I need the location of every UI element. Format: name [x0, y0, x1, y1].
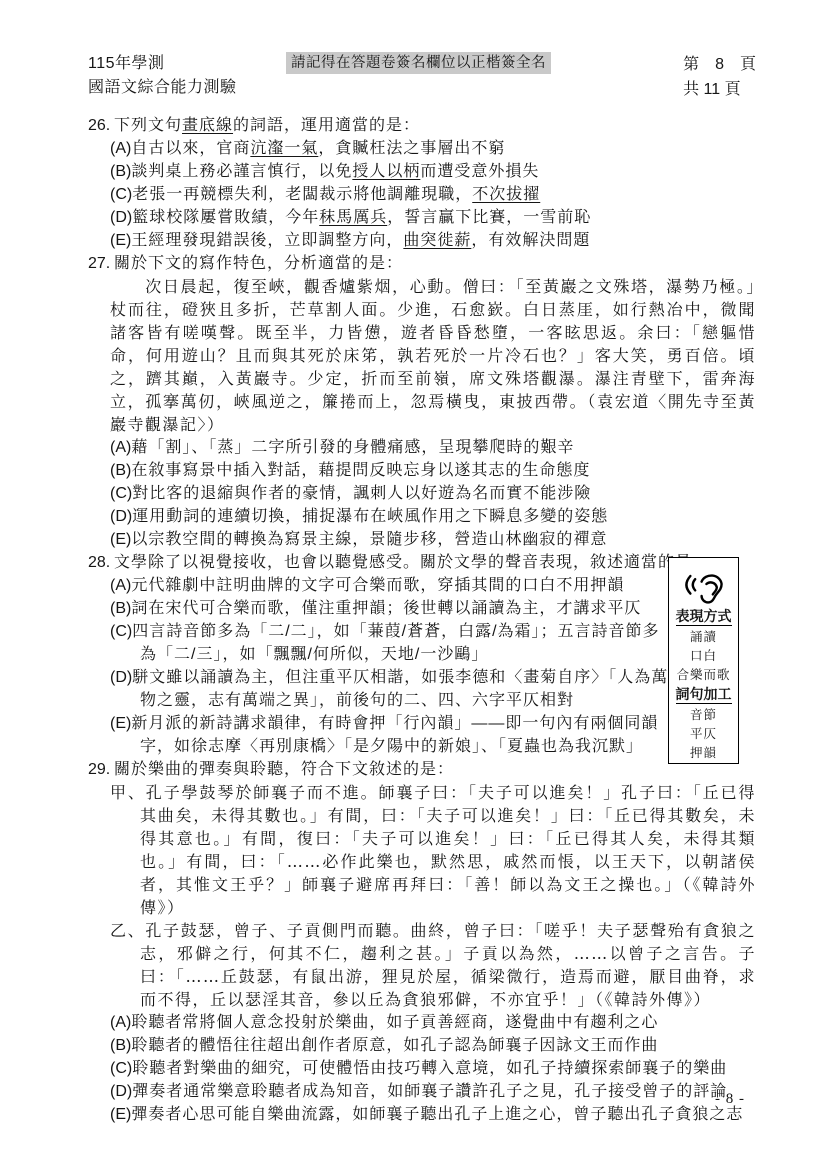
text-segment: 關於樂曲的彈奏與聆聽，符合下文敘述的是：: [114, 761, 454, 778]
option-28D: (D)駢文雖以誦讀為主，但注重平仄相諧，如張李德和〈畫菊自序〉「人為萬物之靈，志…: [110, 666, 672, 712]
option-label: (D): [110, 508, 132, 525]
question-title-29: 29.關於樂曲的彈奏與聆聽，符合下文敘述的是：: [88, 758, 756, 781]
option-label: (D): [110, 209, 132, 226]
option-29C: (C)聆聽者對樂曲的細究，可使體悟由技巧轉入意境，如孔子持續探索師襄子的樂曲: [110, 1057, 756, 1080]
box-item: 平仄: [669, 724, 738, 743]
option-29B: (B)聆聽者的體悟往往超出創作者原意，如孔子認為師襄子因詠文王而作曲: [110, 1034, 756, 1057]
question-title-text: 關於樂曲的彈奏與聆聽，符合下文敘述的是：: [114, 761, 454, 778]
question-title-text: 下列文句畫底線的詞語，運用適當的是：: [114, 117, 420, 134]
sound-expression-box: 表現方式誦讀口白合樂而歌詞句加工音節平仄押韻: [668, 557, 739, 764]
option-label: (C): [110, 186, 132, 203]
text-segment: 籃球校隊屢嘗敗績，今年: [132, 209, 319, 226]
page-number-footer: - 8 -: [690, 1091, 770, 1108]
question-title-28: 28.文學除了以視覺接收，也會以聽覺感受。關於文學的聲音表現，敘述適當的是：: [88, 551, 756, 574]
question-28: 28.文學除了以視覺接收，也會以聽覺感受。關於文學的聲音表現，敘述適當的是：(A…: [88, 551, 756, 758]
box-heading-text: 詞句加工: [676, 686, 732, 704]
option-28B: (B)詞在宋代可合樂而歌，僅注重押韻；後世轉以誦讀為主，才講求平仄: [110, 597, 672, 620]
question-29: 29.關於樂曲的彈奏與聆聽，符合下文敘述的是：甲、孔子學鼓琴於師襄子而不進。師襄…: [88, 758, 756, 1126]
box-heading-1: 表現方式: [669, 606, 738, 627]
total-pages: 共 11 頁: [683, 77, 756, 102]
text-segment: 藉「割」、「蒸」二字所引發的身體痛感，呈現攀爬時的艱辛: [131, 439, 574, 456]
option-29E: (E)彈奏者心思可能自樂曲流露，如師襄子聽出孔子上進之心，曾子聽出孔子貪狼之志: [110, 1103, 756, 1126]
option-27E: (E)以宗教空間的轉換為寫景主線，景隨步移，營造山林幽寂的禪意: [110, 528, 756, 551]
questions-area: 26.下列文句畫底線的詞語，運用適當的是：(A)自古以來，官商沆瀣一氣，貪贓枉法…: [88, 114, 756, 1126]
box-item: 音節: [669, 705, 738, 724]
text-segment: 聆聽者對樂曲的細究，可使體悟由技巧轉入意境，如孔子持續探索師襄子的樂曲: [132, 1060, 727, 1077]
exam-page: 115年學測 國語文綜合能力測驗 請記得在答題卷簽名欄位以正楷簽全名 第 8 頁…: [0, 0, 827, 1170]
exam-year: 115年學測: [88, 52, 237, 76]
question-title-26: 26.下列文句畫底線的詞語，運用適當的是：: [88, 114, 756, 137]
option-label: (E): [110, 715, 131, 732]
option-label: (A): [110, 1014, 131, 1031]
signature-notice: 請記得在答題卷簽名欄位以正楷簽全名: [286, 52, 551, 74]
option-27A: (A)藉「割」、「蒸」二字所引發的身體痛感，呈現攀爬時的艱辛: [110, 436, 756, 459]
option-label: (C): [110, 485, 132, 502]
option-label: (D): [110, 1083, 132, 1100]
option-26E: (E)王經理發現錯誤後，立即調整方向，曲突徙薪，有效解決問題: [110, 229, 756, 252]
text-segment: 詞在宋代可合樂而歌，僅注重押韻；後世轉以誦讀為主，才講求平仄: [131, 600, 641, 617]
text-segment: ，貪贓枉法之事層出不窮: [318, 140, 505, 157]
box-heading-text: 表現方式: [676, 608, 732, 626]
ear-icon: [680, 563, 728, 605]
text-segment: 自古以來，官商: [131, 140, 250, 157]
text-segment: 老張一再競標失利，老闆裁示將他調離現職，: [132, 186, 472, 203]
page-counter: 第 8 頁 共 11 頁: [683, 52, 756, 102]
options-28: (A)元代雜劇中註明曲牌的文字可合樂而歌，穿插其間的口白不用押韻(B)詞在宋代可…: [110, 574, 672, 758]
box-heading-2: 詞句加工: [669, 684, 738, 705]
box-item: 誦讀: [669, 627, 738, 646]
text-segment: 在敘事寫景中插入對話，藉提問反映忘身以遂其志的生命態度: [131, 462, 590, 479]
text-segment: 文學除了以視覺接收，也會以聽覺感受。關於文學的聲音表現，敘述適當的是：: [114, 554, 709, 571]
exam-subject: 國語文綜合能力測驗: [88, 76, 237, 100]
question-title-27: 27.關於下文的寫作特色，分析適當的是：: [88, 252, 756, 275]
underlined-term: 授人以柄: [352, 163, 420, 180]
question-title-text: 文學除了以視覺接收，也會以聽覺感受。關於文學的聲音表現，敘述適當的是：: [114, 554, 709, 571]
current-page: 第 8 頁: [683, 52, 756, 77]
option-label: (B): [110, 1037, 131, 1054]
box-item: 押韻: [669, 743, 738, 762]
option-label: (B): [110, 163, 131, 180]
question-number: 26.: [88, 114, 114, 137]
question-number: 28.: [88, 551, 114, 574]
sound-box-sections: 表現方式誦讀口白合樂而歌詞句加工音節平仄押韻: [669, 606, 738, 762]
option-label: (E): [110, 232, 131, 249]
question-number: 29.: [88, 758, 114, 781]
option-label: (A): [110, 140, 131, 157]
option-28A: (A)元代雜劇中註明曲牌的文字可合樂而歌，穿插其間的口白不用押韻: [110, 574, 672, 597]
option-27C: (C)對比客的退縮與作者的豪情，諷刺人以好遊為名而實不能涉險: [110, 482, 756, 505]
text-segment: 四言詩音節多為「二/二」，如「蒹葭/蒼蒼，白露/為霜」；五言詩音節多為「二/三」…: [132, 623, 659, 663]
question-title-text: 關於下文的寫作特色，分析適當的是：: [114, 255, 403, 272]
option-26C: (C)老張一再競標失利，老闆裁示將他調離現職，不次拔擢: [110, 183, 756, 206]
text-segment: 王經理發現錯誤後，立即調整方向，: [131, 232, 403, 249]
option-26B: (B)談判桌上務必謹言慎行，以免授人以柄而遭受意外損失: [110, 160, 756, 183]
option-26A: (A)自古以來，官商沆瀣一氣，貪贓枉法之事層出不窮: [110, 137, 756, 160]
option-label: (C): [110, 1060, 132, 1077]
option-label: (E): [110, 1106, 131, 1123]
text-segment: 關於下文的寫作特色，分析適當的是：: [114, 255, 403, 272]
text-segment: 下列文句: [114, 117, 182, 134]
underlined-term: 畫底線: [182, 117, 233, 134]
option-label: (C): [110, 623, 132, 640]
text-segment: ，誓言贏下比賽，一雪前恥: [387, 209, 591, 226]
text-segment: 而遭受意外損失: [420, 163, 539, 180]
text-segment: 元代雜劇中註明曲牌的文字可合樂而歌，穿插其間的口白不用押韻: [131, 577, 624, 594]
text-segment: 駢文雖以誦讀為主，但注重平仄相諧，如張李德和〈畫菊自序〉「人為萬物之靈，志有萬端…: [132, 669, 668, 709]
passage-29-1: 甲、孔子學鼓琴於師襄子而不進。師襄子曰：「夫子可以進矣！」孔子曰：「丘已得其曲矣…: [110, 781, 756, 919]
option-label: (B): [110, 462, 131, 479]
option-27B: (B)在敘事寫景中插入對話，藉提問反映忘身以遂其志的生命態度: [110, 459, 756, 482]
option-29A: (A)聆聽者常將個人意念投射於樂曲，如子貢善經商，遂覺曲中有趨利之心: [110, 1011, 756, 1034]
option-28C: (C)四言詩音節多為「二/二」，如「蒹葭/蒼蒼，白露/為霜」；五言詩音節多為「二…: [110, 620, 672, 666]
page-header: 115年學測 國語文綜合能力測驗 請記得在答題卷簽名欄位以正楷簽全名 第 8 頁…: [88, 52, 756, 104]
option-label: (E): [110, 531, 131, 548]
options-27: (A)藉「割」、「蒸」二字所引發的身體痛感，呈現攀爬時的艱辛(B)在敘事寫景中插…: [110, 436, 756, 551]
options-26: (A)自古以來，官商沆瀣一氣，貪贓枉法之事層出不窮(B)談判桌上務必謹言慎行，以…: [110, 137, 756, 252]
text-segment: 聆聽者的體悟往往超出創作者原意，如孔子認為師襄子因詠文王而作曲: [131, 1037, 658, 1054]
underlined-term: 不次拔擢: [472, 186, 540, 203]
question-26: 26.下列文句畫底線的詞語，運用適當的是：(A)自古以來，官商沆瀣一氣，貪贓枉法…: [88, 114, 756, 252]
text-segment: 的詞語，運用適當的是：: [233, 117, 420, 134]
text-segment: 運用動詞的連續切換，捕捉瀑布在峽風作用之下瞬息多變的姿態: [132, 508, 608, 525]
text-segment: 彈奏者心思可能自樂曲流露，如師襄子聽出孔子上進之心，曾子聽出孔子貪狼之志: [131, 1106, 743, 1123]
box-item: 合樂而歌: [669, 665, 738, 684]
underlined-term: 沆瀣一氣: [250, 140, 318, 157]
option-27D: (D)運用動詞的連續切換，捕捉瀑布在峽風作用之下瞬息多變的姿態: [110, 505, 756, 528]
option-label: (B): [110, 600, 131, 617]
text-segment: 聆聽者常將個人意念投射於樂曲，如子貢善經商，遂覺曲中有趨利之心: [131, 1014, 658, 1031]
question-number: 27.: [88, 252, 114, 275]
text-segment: 新月派的新詩講求韻律，有時會押「行內韻」——即一句內有兩個同韻字，如徐志摩〈再別…: [131, 715, 658, 755]
exam-identifier: 115年學測 國語文綜合能力測驗: [88, 52, 237, 100]
option-29D: (D)彈奏者通常樂意聆聽者成為知音，如師襄子讚許孔子之見，孔子接受曾子的評論: [110, 1080, 756, 1103]
option-28E: (E)新月派的新詩講求韻律，有時會押「行內韻」——即一句內有兩個同韻字，如徐志摩…: [110, 712, 672, 758]
text-segment: ，有效解決問題: [471, 232, 590, 249]
underlined-term: 秣馬厲兵: [319, 209, 387, 226]
text-segment: 以宗教空間的轉換為寫景主線，景隨步移，營造山林幽寂的禪意: [131, 531, 607, 548]
option-label: (D): [110, 669, 132, 686]
option-label: (A): [110, 439, 131, 456]
option-26D: (D)籃球校隊屢嘗敗績，今年秣馬厲兵，誓言贏下比賽，一雪前恥: [110, 206, 756, 229]
text-segment: 彈奏者通常樂意聆聽者成為知音，如師襄子讚許孔子之見，孔子接受曾子的評論: [132, 1083, 727, 1100]
text-segment: 對比客的退縮與作者的豪情，諷刺人以好遊為名而實不能涉險: [132, 485, 591, 502]
text-segment: 談判桌上務必謹言慎行，以免: [131, 163, 352, 180]
question-27: 27.關於下文的寫作特色，分析適當的是：次日晨起，復至峽，觀香爐紫烟，心動。僧曰…: [88, 252, 756, 551]
passage-27-1: 次日晨起，復至峽，觀香爐紫烟，心動。僧曰：「至黃巖之文殊塔，瀑勢乃極。」杖而往，…: [110, 275, 756, 436]
option-label: (A): [110, 577, 131, 594]
box-item: 口白: [669, 646, 738, 665]
options-29: (A)聆聽者常將個人意念投射於樂曲，如子貢善經商，遂覺曲中有趨利之心(B)聆聽者…: [110, 1011, 756, 1126]
underlined-term: 曲突徙薪: [403, 232, 471, 249]
passage-29-2: 乙、孔子鼓瑟，曾子、子貢側門而聽。曲終，曾子曰：「嗟乎！夫子瑟聲殆有貪狼之志，邪…: [110, 919, 756, 1011]
